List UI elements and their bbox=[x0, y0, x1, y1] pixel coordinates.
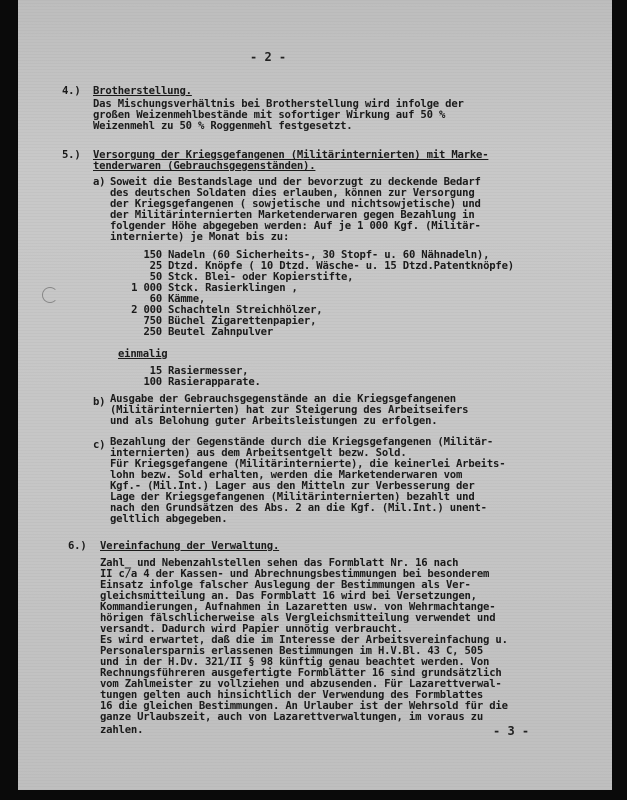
once-item-2: Rasierapparate. bbox=[168, 377, 261, 389]
section-6-heading: Vereinfachung der Verwaltung. bbox=[100, 541, 279, 553]
section-6-line-15: ganze Urlaubszeit, auch von Lazarettverw… bbox=[100, 712, 483, 724]
item-b-label: b) bbox=[93, 397, 105, 409]
item-8: Beutel Zahnpulver bbox=[168, 327, 273, 339]
item-a-line-6: internierte) je Monat bis zu: bbox=[110, 232, 289, 244]
section-6-number: 6.) bbox=[68, 541, 87, 553]
item-c-line-8: geltlich abgegeben. bbox=[110, 514, 227, 526]
section-4-heading: Brotherstellung. bbox=[93, 86, 192, 98]
item-a-label: a) bbox=[93, 177, 105, 189]
section-5-heading-2: tenderwaren (Gebrauchsgegenständen). bbox=[93, 161, 315, 173]
section-6-line-16: zahlen. bbox=[100, 725, 143, 737]
page-number-bottom: - 3 - bbox=[493, 724, 529, 738]
once-heading: einmalig bbox=[118, 349, 167, 361]
once-qty-2: 100 bbox=[118, 377, 162, 389]
punch-hole-mark bbox=[42, 287, 58, 303]
qty-8: 250 bbox=[118, 327, 162, 339]
document-page: - 2 - 4.) Brotherstellung. Das Mischungs… bbox=[18, 0, 612, 790]
item-c-label: c) bbox=[93, 440, 105, 452]
section-4-line-3: Weizenmehl zu 50 % Roggenmehl festgesetz… bbox=[93, 121, 352, 133]
item-b-line-3: und als Belohung guter Arbeitsleistungen… bbox=[110, 416, 437, 428]
page-number-top: - 2 - bbox=[250, 50, 286, 64]
section-4-number: 4.) bbox=[62, 86, 81, 98]
section-5-number: 5.) bbox=[62, 150, 81, 162]
